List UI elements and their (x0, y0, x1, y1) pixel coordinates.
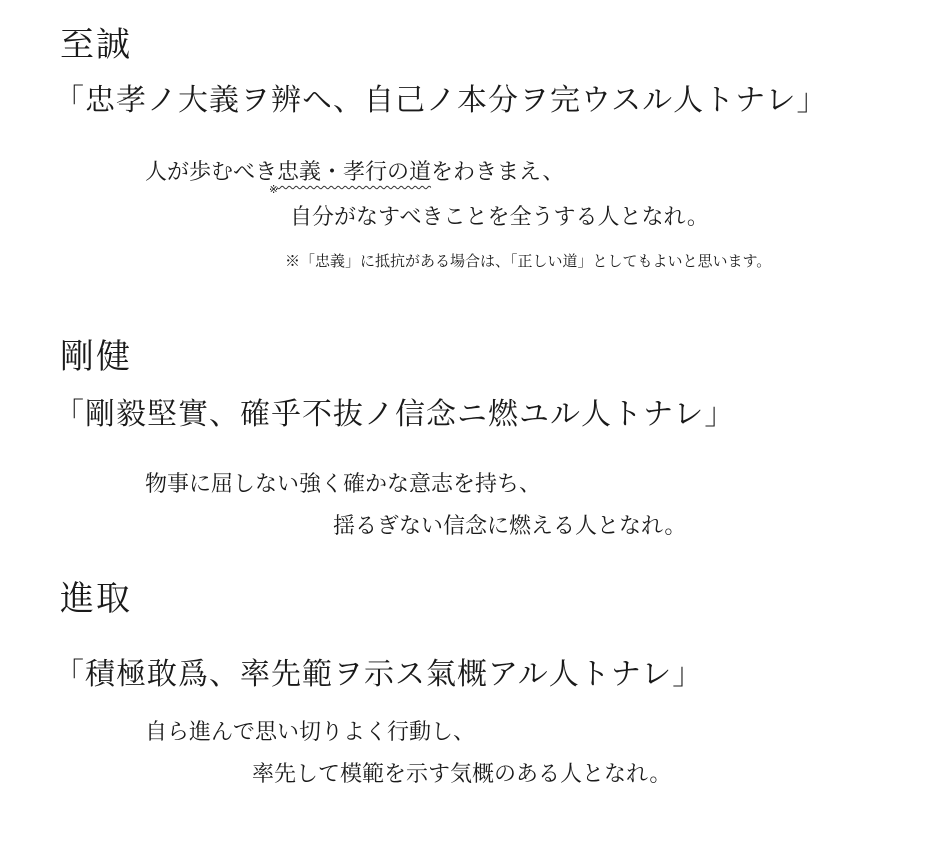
section-motto-shisei: 「忠孝ノ大義ヲ辨ヘ、自己ノ本分ヲ完ウスル人トナレ」 (54, 86, 828, 116)
section-body-line-2-goken: 揺るぎない信念に燃える人となれ。 (333, 516, 686, 538)
body-text-after: をわきまえ、 (431, 160, 564, 185)
section-body-line-2-shinshu: 率先して模範を示す気概のある人となれ。 (252, 764, 671, 786)
section-heading-goken: 剛健 (60, 340, 132, 374)
section-motto-goken: 「剛毅堅實、確乎不抜ノ信念ニ燃ユル人トナレ」 (54, 400, 735, 430)
section-body-line-2-shisei: 自分がなすべきことを全うする人となれ。 (290, 207, 709, 229)
section-body-line-1-shisei: 人が歩むべき※忠義・孝行の道をわきまえ、 (145, 162, 564, 184)
marked-text: 忠義・孝行の道 (277, 160, 431, 185)
marked-phrase: ※忠義・孝行の道 (277, 160, 431, 185)
body-text-before: 人が歩むべき (145, 160, 277, 185)
section-footnote-shisei: ※「忠義」に抵抗がある場合は、「正しい道」としてもよいと思います。 (285, 254, 771, 269)
section-body-line-1-shinshu: 自ら進んで思い切りよく行動し、 (145, 722, 475, 744)
reference-mark: ※ (269, 184, 278, 195)
section-motto-shinshu: 「積極敢爲、率先範ヲ示ス氣概アル人トナレ」 (54, 660, 703, 690)
section-heading-shisei: 至誠 (60, 28, 132, 62)
section-heading-shinshu: 進取 (60, 582, 132, 616)
section-body-line-1-goken: 物事に屈しない強く確かな意志を持ち、 (145, 474, 541, 496)
